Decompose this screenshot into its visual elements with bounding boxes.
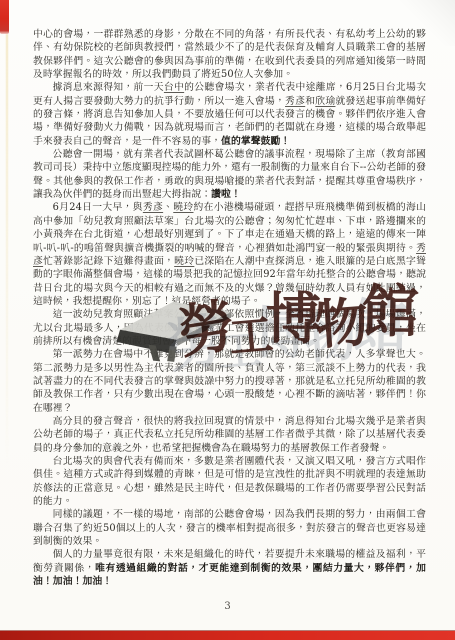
paragraph: 6月24日一大早，與秀彥、曉玲約在小港機場碰頭，趕搭早班飛機準備到板橋的海山高中… <box>33 201 426 308</box>
scan-left-edge-tint <box>6 34 8 464</box>
scan-corner-shade <box>395 0 455 46</box>
paragraph: 個人的力量畢竟很有限，未來是組織化的時代，若要提升未來職場的權益及福利，平衡勞資… <box>33 548 426 588</box>
paragraph-continuation: 中心的會場，一群群熟悉的身影，分散在不同的角落，有所長代表、有私幼考上公幼的夥伴… <box>33 28 426 81</box>
paragraph: 高分貝的發言聲音，很快的將我拉回現實的情景中，消息得知台北場次幾乎是業者與公幼老… <box>33 415 426 455</box>
paragraph: 台北場次的與會代表有備而來，多數是業者團體代表，又演又唱又吼，發言方式唱作俱佳。… <box>33 455 426 508</box>
scan-red-mark-top-left <box>0 0 9 34</box>
document-body: 中心的會場，一群群熟悉的身影，分散在不同的角落，有所長代表、有私幼考上公幼的夥伴… <box>33 28 426 588</box>
scanned-document-page: { "document": { "page_number": "3", "par… <box>0 0 455 640</box>
paragraph: 據消息來源得知，前一天台中的公聽會場次，業者代表中途離席，6月25日台北場次更有… <box>33 81 426 148</box>
paragraph: 公聽會一開場，就有業者代表試圖杯葛公聽會的議事流程，現場除了主席（教育部國教司司… <box>33 148 426 201</box>
scan-red-strip-bottom <box>0 631 455 640</box>
paragraph: 這一波幼兒教育照顧法草案公聽會教育部依照慣例，全省辦理四個場次，場場爆滿，尤以台… <box>33 308 426 348</box>
paragraph: 同樣的議題，不一樣的場地，南部的公聽會會場，因為我們長期的努力，由兩個工會聯合召… <box>33 508 426 548</box>
paragraph: 第一派勢力在會場中不難見到分辨，那就是教師會的公幼老師代表，人多掌聲也大。第二派… <box>33 348 426 415</box>
page-number: 3 <box>0 601 455 612</box>
